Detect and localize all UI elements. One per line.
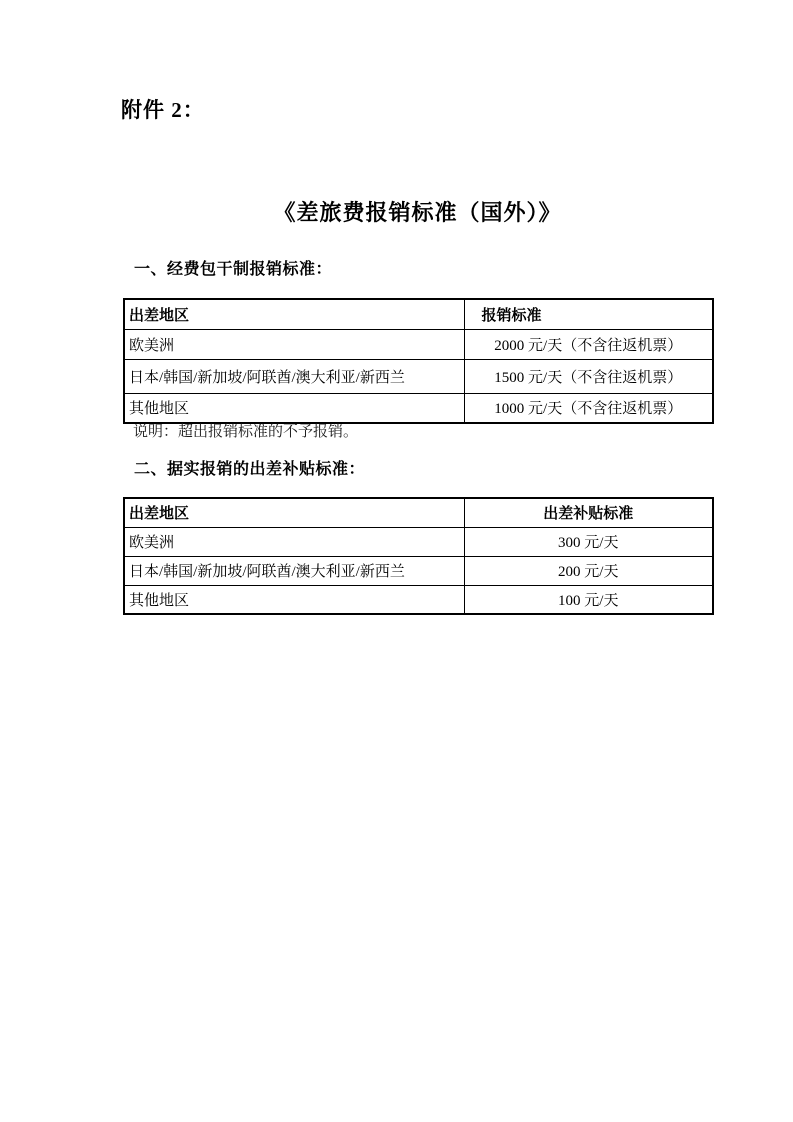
reimbursement-standard-table: 出差地区 报销标准 欧美洲 2000 元/天（不含往返机票） 日本/韩国/新加坡… (123, 298, 714, 424)
region-cell: 日本/韩国/新加坡/阿联酋/澳大利亚/新西兰 (124, 556, 464, 585)
document-page: 附件 2： 《差旅费报销标准（国外）》 一、经费包干制报销标准： 出差地区 报销… (0, 0, 793, 1122)
allowance-cell: 300 元/天 (464, 527, 713, 556)
standard-column-header: 报销标准 (464, 299, 713, 329)
table-row: 日本/韩国/新加坡/阿联酋/澳大利亚/新西兰 200 元/天 (124, 556, 713, 585)
table-row: 欧美洲 300 元/天 (124, 527, 713, 556)
allowance-standard-table: 出差地区 出差补贴标准 欧美洲 300 元/天 日本/韩国/新加坡/阿联酋/澳大… (123, 497, 714, 615)
region-column-header: 出差地区 (124, 299, 464, 329)
standard-cell: 1000 元/天（不含往返机票） (464, 393, 713, 423)
region-cell: 欧美洲 (124, 329, 464, 359)
region-cell: 欧美洲 (124, 527, 464, 556)
standard-cell: 2000 元/天（不含往返机票） (464, 329, 713, 359)
allowance-column-header: 出差补贴标准 (464, 498, 713, 527)
table-header-row: 出差地区 出差补贴标准 (124, 498, 713, 527)
allowance-cell: 200 元/天 (464, 556, 713, 585)
table-row: 欧美洲 2000 元/天（不含往返机票） (124, 329, 713, 359)
section-2-heading: 二、据实报销的出差补贴标准： (134, 456, 365, 479)
allowance-cell: 100 元/天 (464, 585, 713, 614)
table-note: 说明：超出报销标准的不予报销。 (133, 420, 358, 441)
attachment-label: 附件 2： (121, 94, 205, 124)
region-cell: 日本/韩国/新加坡/阿联酋/澳大利亚/新西兰 (124, 359, 464, 393)
region-column-header: 出差地区 (124, 498, 464, 527)
table-header-row: 出差地区 报销标准 (124, 299, 713, 329)
document-title: 《差旅费报销标准（国外）》 (123, 196, 712, 227)
table-row: 其他地区 1000 元/天（不含往返机票） (124, 393, 713, 423)
table-row: 日本/韩国/新加坡/阿联酋/澳大利亚/新西兰 1500 元/天（不含往返机票） (124, 359, 713, 393)
table-row: 其他地区 100 元/天 (124, 585, 713, 614)
section-1-heading: 一、经费包干制报销标准： (134, 256, 332, 279)
standard-cell: 1500 元/天（不含往返机票） (464, 359, 713, 393)
region-cell: 其他地区 (124, 585, 464, 614)
region-cell: 其他地区 (124, 393, 464, 423)
